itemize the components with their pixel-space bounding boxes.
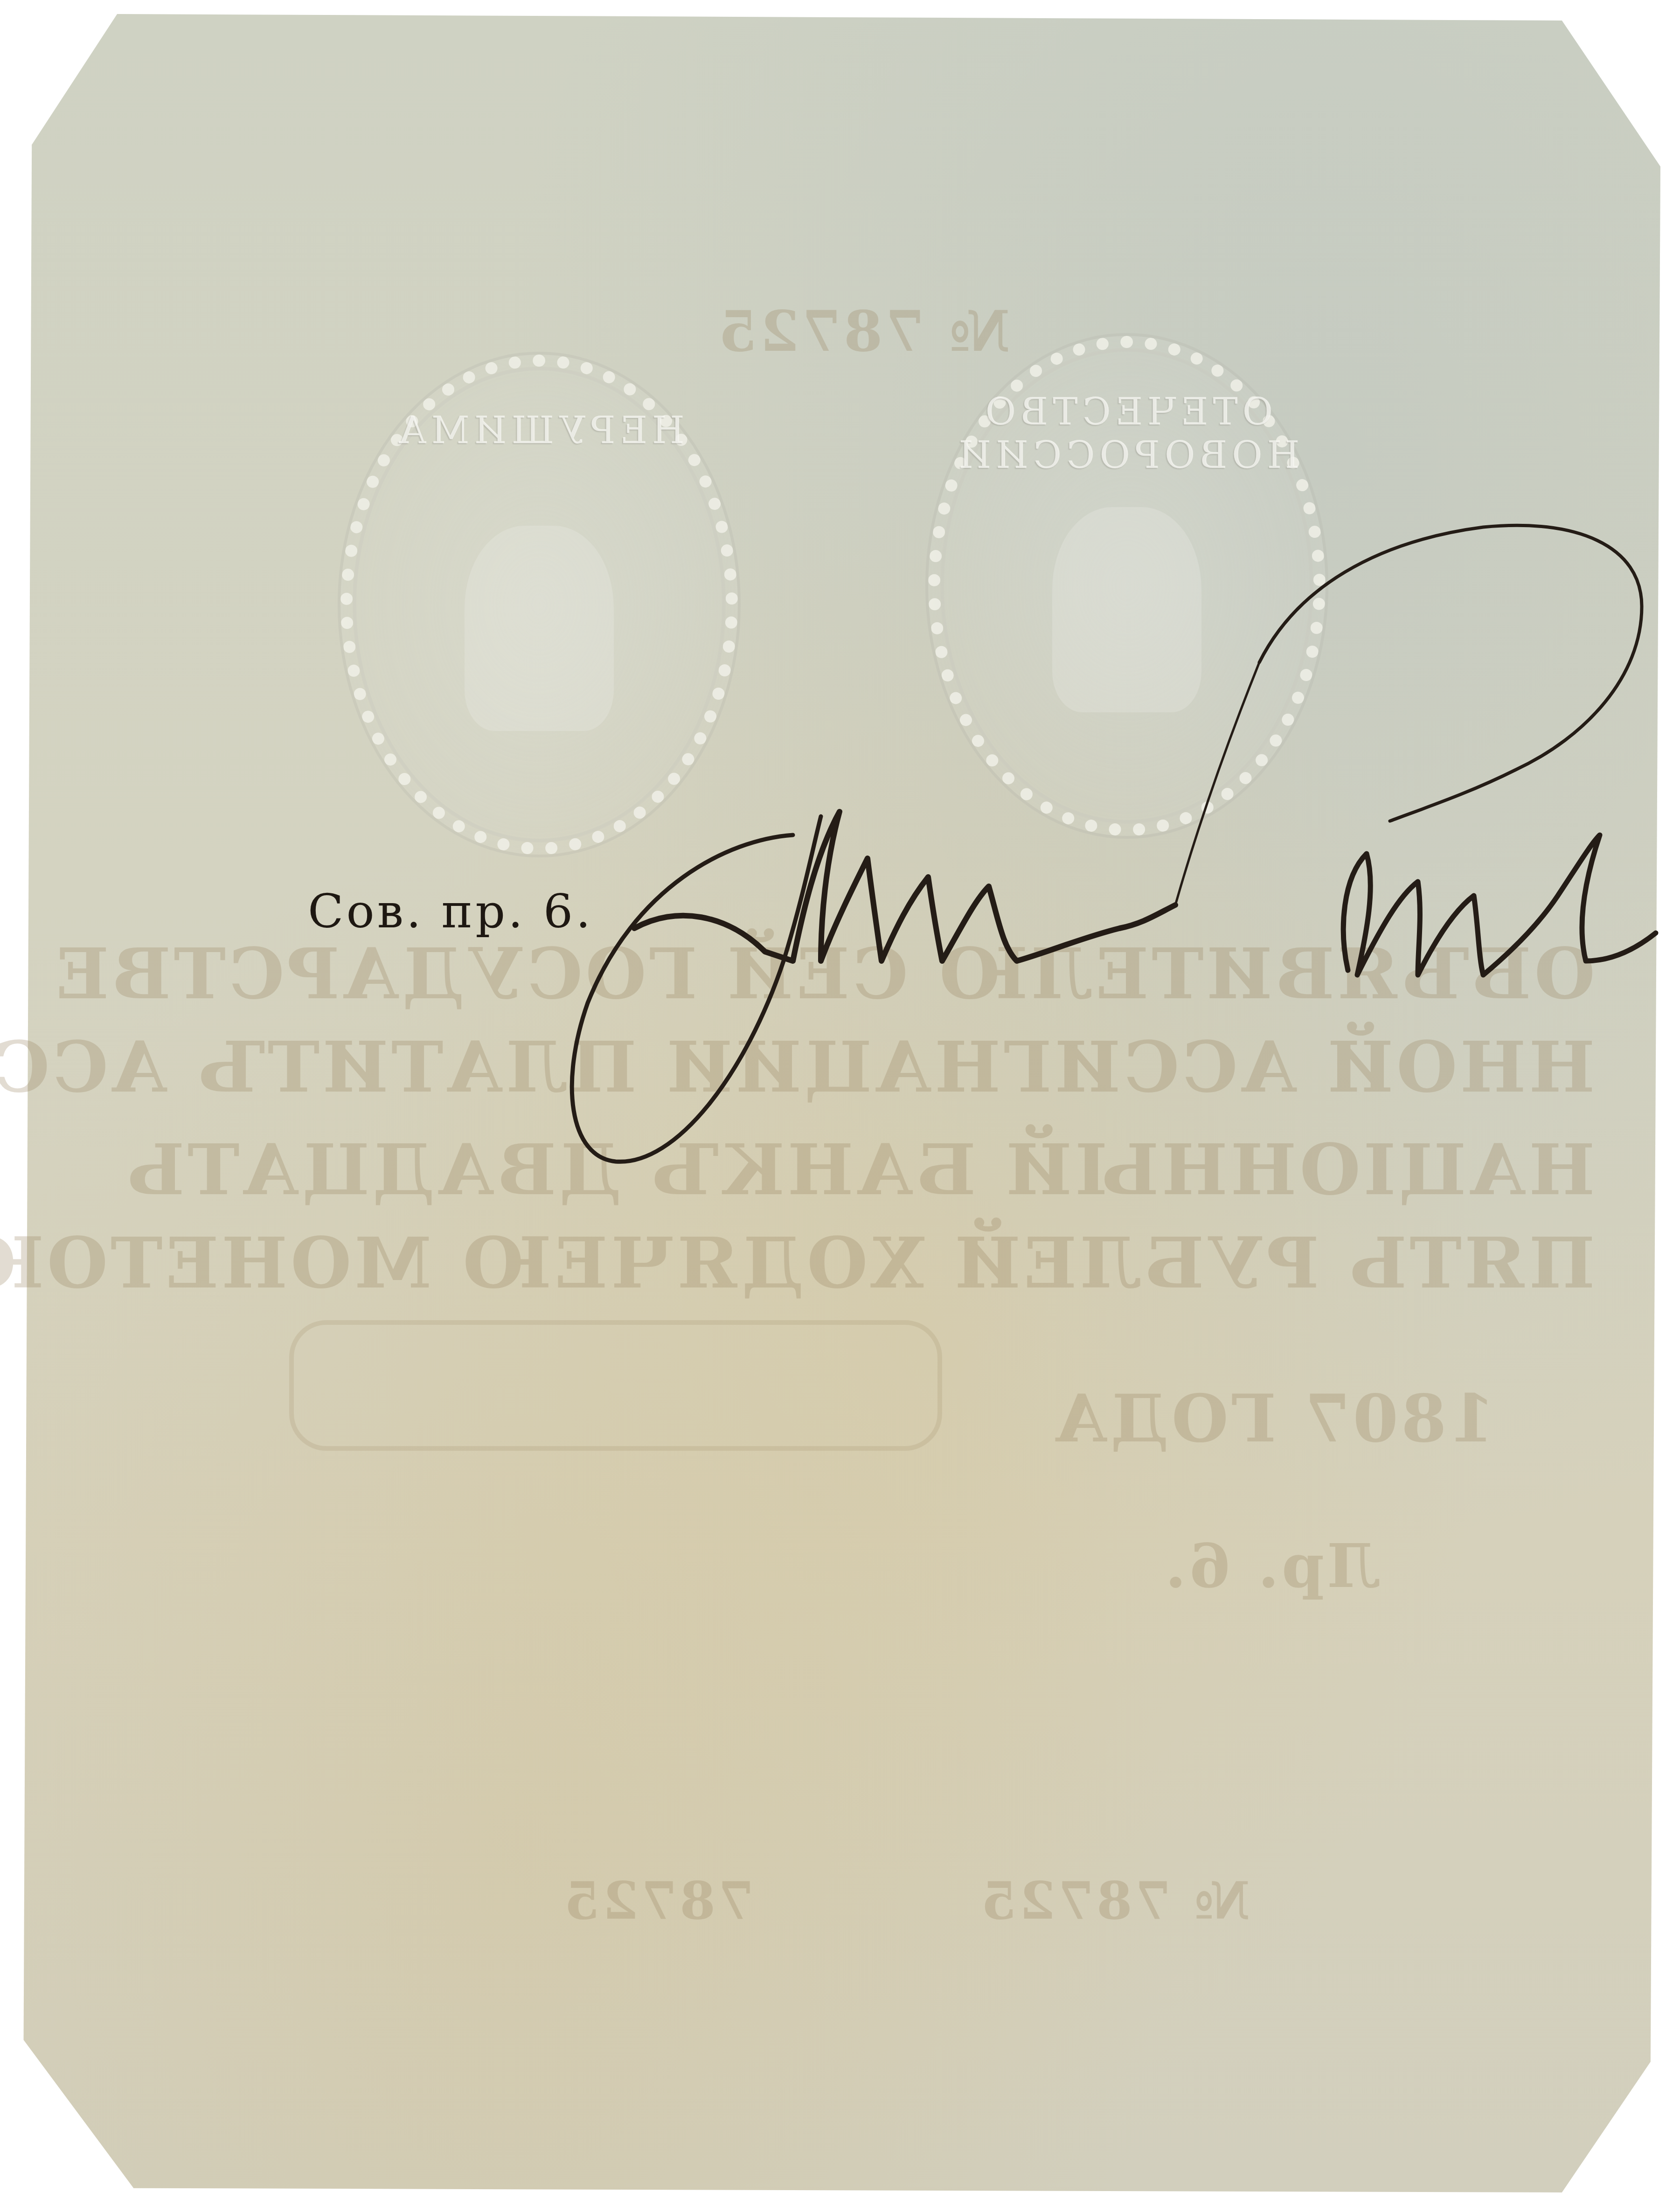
serial-number-bottom-left: 78725: [494, 1871, 821, 1931]
denomination-stamp-frame: [289, 1320, 942, 1451]
medallion-figure-icon: [465, 526, 614, 731]
mirrored-text-line-3: НАЦІОННЫЙ БАНКЪ ДВАДЦАТЬ: [289, 1129, 1595, 1211]
mirrored-text-line-1: ОБЪЯВИТЕЛЮ СЕЙ ГОСУДАРСТВЕ: [289, 933, 1595, 1015]
serial-number-top: № 78725: [653, 299, 1073, 364]
serial-number-bottom-right: № 78725: [1017, 1871, 1250, 1931]
eagle-emblem-icon: [1052, 507, 1201, 712]
issue-year: 1807 ГОДА: [1040, 1381, 1506, 1457]
printed-note: Сов. пр. 6.: [308, 884, 593, 939]
embossed-medallion-right: ОТЕЧЕСТВО НОВОРОССИИ: [928, 336, 1326, 836]
mirrored-text-line-4: ПЯТЬ РУБЛЕЙ ХОДЯЧЕЮ МОНЕТОЮ: [289, 1222, 1595, 1304]
mirrored-text-line-2: ННОЙ АССИГНАЦИИ ПЛАТИТЪ АССИГ: [289, 1026, 1595, 1108]
medallion-right-legend: ОТЕЧЕСТВО НОВОРОССИИ: [940, 390, 1313, 477]
sheet-number: Лр. 6.: [1194, 1530, 1381, 1601]
embossed-medallion-left: НЕРУШИМА: [340, 355, 738, 855]
medallion-left-legend: НЕРУШИМА: [353, 409, 726, 452]
